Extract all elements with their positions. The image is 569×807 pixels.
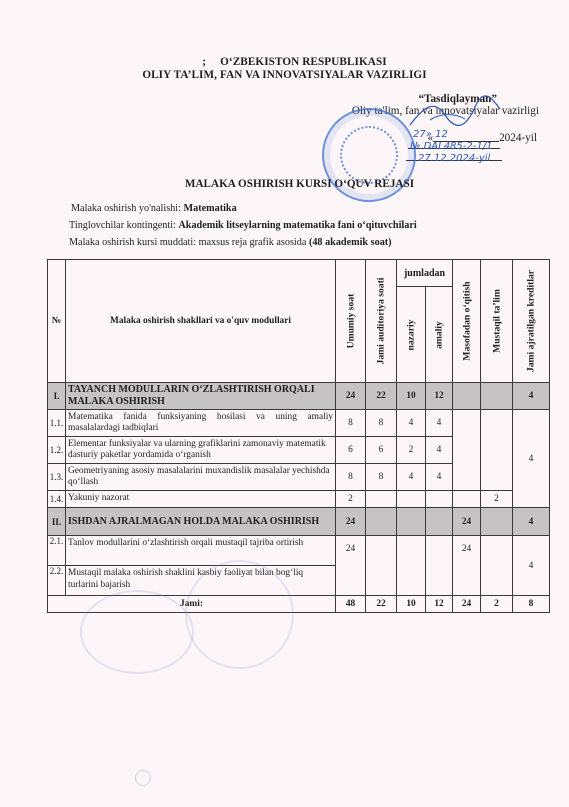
- cell-independent: [481, 410, 513, 491]
- section-no: I.: [48, 383, 66, 410]
- header-auditorium-total: Jami auditoriya soati: [366, 260, 397, 383]
- document-title: MALAKA OSHIRISH KURSI O‘QUV REJASI: [0, 178, 569, 190]
- cell-independent: 2: [481, 491, 513, 508]
- cell-total: 2: [336, 491, 366, 508]
- total-theory: 10: [397, 596, 426, 613]
- cell-distance: 24: [453, 536, 481, 596]
- cell-practice: [426, 536, 453, 596]
- header-including: jumladan: [397, 260, 453, 287]
- header-total-hours: Umumiy soat: [336, 260, 366, 383]
- bleed-through-stamp-icon: [80, 590, 194, 674]
- total-hours: 48: [336, 596, 366, 613]
- cell-theory: 4: [397, 410, 426, 437]
- row-no: 2.1.: [48, 536, 66, 566]
- cell-distance: [453, 491, 481, 508]
- cell-theory: 10: [397, 383, 426, 410]
- page-mark-icon: [135, 770, 151, 786]
- table-row: 2.1. Tanlov modullarini o‘zlashtirish or…: [48, 536, 550, 566]
- cell-distance: 24: [453, 508, 481, 536]
- row-no: 1.4.: [48, 491, 66, 508]
- cell-credits: 4: [513, 383, 550, 410]
- cell-practice: 4: [426, 437, 453, 464]
- row-no: 1.3.: [48, 464, 66, 491]
- cell-auditorium: [366, 491, 397, 508]
- cell-distance: [453, 383, 481, 410]
- handwritten-registration-date: 27.12.2024-yil: [418, 153, 490, 164]
- cell-auditorium: [366, 508, 397, 536]
- header-distance: Masofadan o‘qitish: [453, 260, 481, 383]
- cell-theory: [397, 508, 426, 536]
- section-no: II.: [48, 508, 66, 536]
- row-no: 2.2.: [48, 566, 66, 596]
- duration-label: Malaka oshirish kursi muddati: maxsus re…: [69, 237, 309, 248]
- cell-theory: 2: [397, 437, 426, 464]
- cell-theory: 4: [397, 464, 426, 491]
- row-name: Geometriyaning asosiy masalalarini muxan…: [66, 464, 336, 491]
- cell-theory: [397, 491, 426, 508]
- contingent-label: Tinglovchilar kontingenti:: [69, 220, 178, 231]
- cell-total: 24: [336, 383, 366, 410]
- section-row: II. ISHDAN AJRALMAGAN HOLDA MALAKA OSHIR…: [48, 508, 550, 536]
- section-row: I. TAYANCH MODULLARIN O‘ZLASHTIRISH ORQA…: [48, 383, 550, 410]
- header-practice: amaliy: [426, 287, 453, 383]
- header-independent: Mustaqil ta’lim: [481, 260, 513, 383]
- country-name: O‘ZBEKISTON RESPUBLIKASI: [220, 56, 387, 68]
- row-name: Tanlov modullarini o‘zlashtirish orqali …: [66, 536, 336, 566]
- cell-total: 24: [336, 508, 366, 536]
- section-name: TAYANCH MODULLARIN O‘ZLASHTIRISH ORQALI …: [66, 383, 336, 410]
- handwritten-registration-number: № DAL485-2-1/1: [410, 141, 492, 152]
- header-theory: nazariy: [397, 287, 426, 383]
- direction-label: Malaka oshirish yo'nalishi:: [71, 203, 183, 214]
- cell-group-credits: 4: [513, 410, 550, 508]
- section-name: ISHDAN AJRALMAGAN HOLDA MALAKA OSHIRISH: [66, 508, 336, 536]
- row-name: Matematika fanida funksiyaning hosilasi …: [66, 410, 336, 437]
- row-no: 1.2.: [48, 437, 66, 464]
- cell-practice: [426, 491, 453, 508]
- total-practice: 12: [426, 596, 453, 613]
- total-distance: 24: [453, 596, 481, 613]
- duration-value: (48 akademik soat): [309, 237, 392, 248]
- cell-auditorium: 22: [366, 383, 397, 410]
- cell-practice: 12: [426, 383, 453, 410]
- ministry-name: OLIY TA’LIM, FAN VA INNOVATSIYALAR VAZIR…: [0, 69, 569, 81]
- cell-total: 8: [336, 464, 366, 491]
- row-name: Elementar funksiyalar va ularning grafik…: [66, 437, 336, 464]
- stray-mark: ;: [202, 56, 206, 68]
- cell-auditorium: 8: [366, 410, 397, 437]
- cell-distance: [453, 410, 481, 491]
- direction-line: Malaka oshirish yo'nalishi: Matematika: [71, 203, 237, 214]
- row-name: Yakuniy nazorat: [66, 491, 336, 508]
- cell-practice: 4: [426, 464, 453, 491]
- cell-independent: [481, 536, 513, 596]
- cell-independent: [481, 508, 513, 536]
- cell-auditorium: [366, 536, 397, 596]
- cell-total: 6: [336, 437, 366, 464]
- bleed-through-stamp-icon: [185, 560, 294, 669]
- cell-practice: 4: [426, 410, 453, 437]
- contingent-line: Tinglovchilar kontingenti: Akademik lits…: [69, 220, 417, 231]
- table-row: 1.1. Matematika fanida funksiyaning hosi…: [48, 410, 550, 437]
- cell-auditorium: 6: [366, 437, 397, 464]
- table-row: 1.4. Yakuniy nazorat 2 2: [48, 491, 550, 508]
- direction-value: Matematika: [183, 203, 236, 214]
- cell-total: 24: [336, 536, 366, 596]
- total-credits: 8: [513, 596, 550, 613]
- cell-auditorium: 8: [366, 464, 397, 491]
- duration-line: Malaka oshirish kursi muddati: maxsus re…: [69, 237, 392, 248]
- header-credits: Jami ajratilgan kreditlar: [513, 260, 550, 383]
- total-independent: 2: [481, 596, 513, 613]
- seal-emblem-icon: [340, 126, 398, 184]
- contingent-value: Akademik litseylarning matematika fani o…: [178, 220, 416, 231]
- cell-credits: 4: [513, 508, 550, 536]
- cell-theory: [397, 536, 426, 596]
- study-plan-table: № Malaka oshirish shakllari va o'quv mod…: [47, 259, 550, 613]
- signature-icon: [405, 95, 505, 135]
- header-no: №: [48, 260, 66, 383]
- header-name: Malaka oshirish shakllari va o'quv modul…: [66, 260, 336, 383]
- cell-independent: [481, 383, 513, 410]
- row-no: 1.1.: [48, 410, 66, 437]
- cell-total: 8: [336, 410, 366, 437]
- total-auditorium: 22: [366, 596, 397, 613]
- ministry-country-line: ;O‘ZBEKISTON RESPUBLIKASI: [0, 56, 569, 68]
- cell-practice: [426, 508, 453, 536]
- cell-group-credits: 4: [513, 536, 550, 596]
- header-row: № Malaka oshirish shakllari va o'quv mod…: [48, 260, 550, 287]
